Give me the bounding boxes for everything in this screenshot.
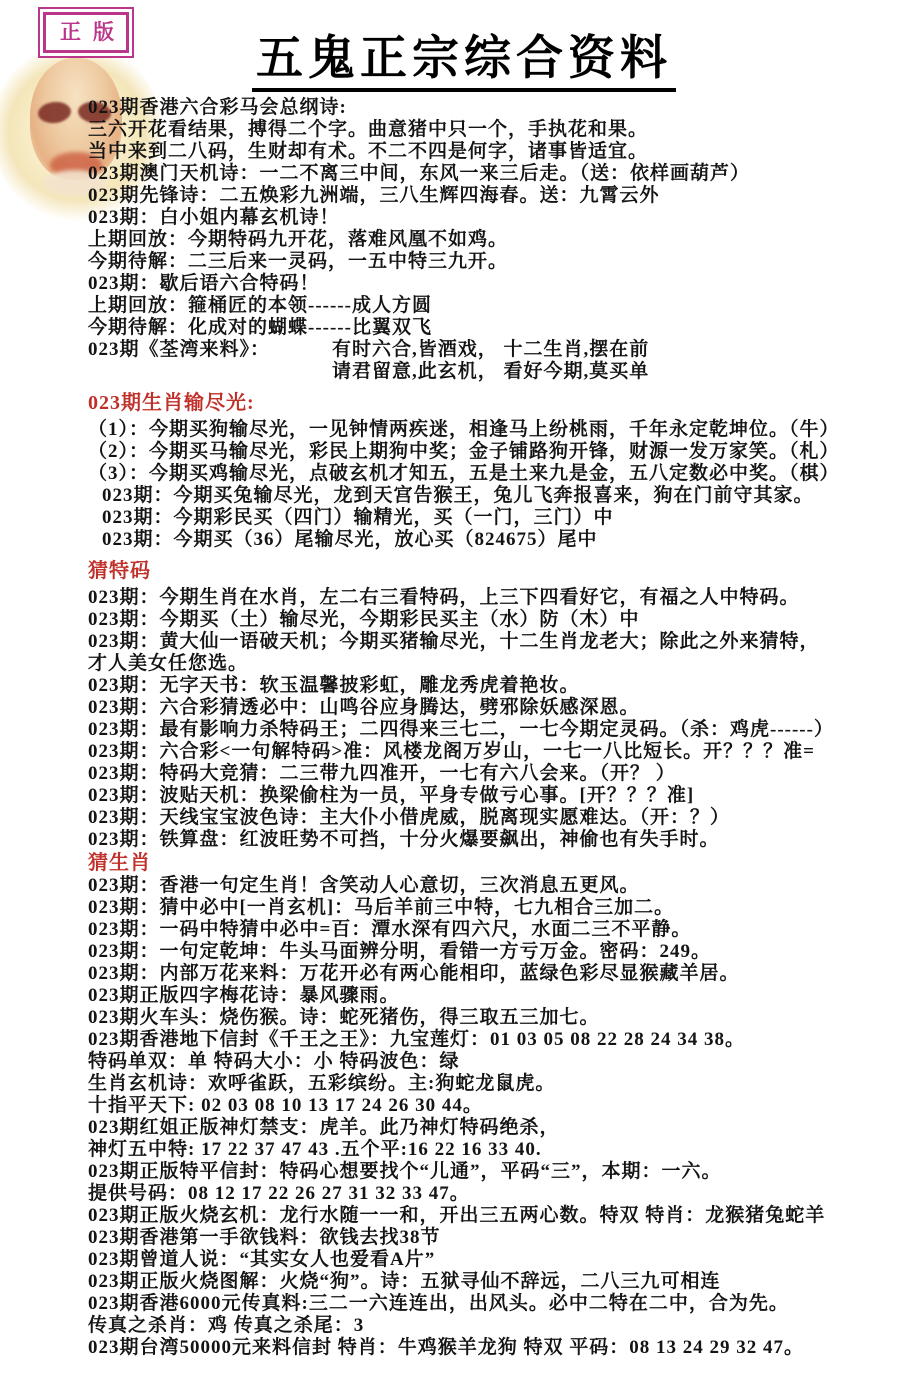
text-line: 023期：今期买兔输尽光，龙到天宫告猴王，兔儿飞奔报喜来，狗在门前守其家。 (88, 485, 896, 507)
text-line: 023期：歇后语六合特码！ (88, 273, 896, 295)
section-intro: 023期香港六合彩马会总纲诗:三六开花看结果，搏得二个字。曲意猪中只一个，手执花… (88, 97, 896, 383)
text-line: 才人美女任您选。 (88, 653, 896, 675)
content: 023期香港六合彩马会总纲诗:三六开花看结果，搏得二个字。曲意猪中只一个，手执花… (88, 97, 896, 1359)
split-line: 023期《荃湾来料》：有时六合,皆酒戏， 十二生肖,摆在前请君留意,此玄机， 看… (88, 339, 896, 383)
text-line: 023期：六合彩猜透必中：山鸣谷应身腾达，劈邪除妖感深恩。 (88, 697, 896, 719)
text-line: 023期：今期彩民买（四门）输精光，买（一门，三门）中 (88, 507, 896, 529)
text-line: 023期：最有影响力杀特码王；二四得来三七二，一七今期定灵码。（杀：鸡虎----… (88, 719, 896, 741)
split-label: 023期《荃湾来料》： (88, 339, 270, 361)
split-right-line: 请君留意,此玄机， 看好今期,莫买单 (332, 361, 649, 383)
section-header: 猜生肖 (88, 852, 896, 874)
split-right: 有时六合,皆酒戏， 十二生肖,摆在前请君留意,此玄机， 看好今期,莫买单 (332, 339, 649, 383)
split-right-line: 有时六合,皆酒戏， 十二生肖,摆在前 (332, 339, 649, 361)
section-cai-shengxiao: 猜生肖023期：香港一句定生肖！含笑动人心意切，三次消息五更风。023期：猜中必… (88, 852, 896, 1359)
text-line: 上期回放：箍桶匠的本领------成人方圆 (88, 295, 896, 317)
text-line: 023期台湾50000元来料信封 特肖：牛鸡猴羊龙狗 特双 平码：08 13 2… (88, 1337, 896, 1359)
text-line: 023期：一句定乾坤：牛头马面辨分明，看错一方亏万金。密码：249。 (88, 941, 896, 963)
text-line: 023期：一码中特猜中必中=百：潭水深有四六尺，水面二三不平静。 (88, 919, 896, 941)
text-line: 023期正版四字梅花诗：暴风骤雨。 (88, 985, 896, 1007)
text-line: 十指平天下: 02 03 08 10 13 17 24 26 30 44。 (88, 1095, 896, 1117)
page-title: 五鬼正宗综合资料 (252, 34, 676, 92)
text-line: 今期待解：化成对的蝴蝶------比翼双飞 (88, 317, 896, 339)
authentic-badge-label: 正版 (43, 12, 129, 53)
text-line: 023期：内部万花来料：万花开必有两心能相印，蓝绿色彩尽显猴藏羊居。 (88, 963, 896, 985)
text-line: 当中来到二八码，生财却有术。不二不四是何字，诸事皆适宜。 (88, 141, 896, 163)
text-line: 023期：今期买（36）尾输尽光，放心买（824675）尾中 (88, 529, 896, 551)
text-line: 023期正版火烧玄机：龙行水随一一和，开出三五两心数。特双 特肖：龙猴猪兔蛇羊 (88, 1205, 896, 1227)
text-line: 023期先锋诗：二五焕彩九洲端，三八生辉四海春。送：九霄云外 (88, 185, 896, 207)
text-line: 023期澳门天机诗：一二不离三中间，东风一来三后走。（送：依样画葫芦） (88, 163, 896, 185)
text-line: 023期曾道人说：“其实女人也爱看A片” (88, 1249, 896, 1271)
text-line: 023期：香港一句定生肖！含笑动人心意切，三次消息五更风。 (88, 875, 896, 897)
text-line: 今期待解：二三后来一灵码，一五中特三九开。 (88, 251, 896, 273)
text-line: 三六开花看结果，搏得二个字。曲意猪中只一个，手执花和果。 (88, 119, 896, 141)
text-line: 023期：今期买（土）输尽光，今期彩民买主（水）防（木）中 (88, 609, 896, 631)
text-line: 023期：六合彩<一句解特码>准：风楼龙阁万岁山，一七一八比短长。开？？？准= (88, 741, 896, 763)
text-line: 023期红姐正版神灯禁支：虎羊。此乃神灯特码绝杀， (88, 1117, 896, 1139)
text-line: 传真之杀肖：鸡 传真之杀尾：3 (88, 1315, 896, 1337)
section-shengxiao-shujinguang: 023期生肖输尽光:（1）：今期买狗输尽光，一见钟情两疾迷，相逢马上纷桃雨，千年… (88, 392, 896, 551)
text-line: 023期：铁算盘：红波旺势不可挡，十分火爆要飙出，神偷也有失手时。 (88, 829, 896, 851)
section-header: 023期生肖输尽光: (88, 392, 896, 414)
text-line: 023期：猜中必中[一肖玄机]：马后羊前三中特，七九相合三加二。 (88, 897, 896, 919)
text-line: 023期：特码大竞猜：二三带九四准开，一七有六八会来。（开？ ） (88, 763, 896, 785)
text-line: 023期：无字天书：软玉温馨披彩虹，雕龙秀虎着艳妆。 (88, 675, 896, 697)
text-line: 神灯五中特: 17 22 37 47 43 .五个平:16 22 16 33 4… (88, 1139, 896, 1161)
text-line: 023期香港6000元传真料:三二一六连连出，出风头。必中二特在二中，合为先。 (88, 1293, 896, 1315)
text-line: 023期正版特平信封：特码心想要找个“儿通”，平码“三”，本期：一六。 (88, 1161, 896, 1183)
text-line: 023期火车头：烧伤猴。诗：蛇死猪伤，得三取五三加七。 (88, 1007, 896, 1029)
text-line: 023期：白小姐内幕玄机诗！ (88, 207, 896, 229)
text-line: 023期香港地下信封《千王之王》：九宝莲灯：01 03 05 08 22 28 … (88, 1029, 896, 1051)
text-line: （1）：今期买狗输尽光，一见钟情两疾迷，相逢马上纷桃雨，千年永定乾坤位。（牛） (88, 419, 896, 441)
text-line: （3）：今期买鸡输尽光，点破玄机才知五，五是土来九是金，五八定数必中奖。（棋） (88, 463, 896, 485)
text-line: 023期香港六合彩马会总纲诗: (88, 97, 896, 119)
text-line: 023期：波贴天机：换梁偷柱为一员，平身专做亏心事。[开？？？准] (88, 785, 896, 807)
section-cai-tema: 猜特码023期：今期生肖在水肖，左二右三看特码，上三下四看好它，有福之人中特码。… (88, 560, 896, 851)
text-line: 生肖玄机诗：欢呼雀跃，五彩缤纷。主:狗蛇龙鼠虎。 (88, 1073, 896, 1095)
authentic-badge: 正版 (38, 7, 134, 58)
text-line: 023期：天线宝宝波色诗：主大仆小借虎威，脱离现实愿难达。（开：？） (88, 807, 896, 829)
text-line: 023期：今期生肖在水肖，左二右三看特码，上三下四看好它，有福之人中特码。 (88, 587, 896, 609)
section-header: 猜特码 (88, 560, 896, 582)
text-line: 提供号码：08 12 17 22 26 27 31 32 33 47。 (88, 1183, 896, 1205)
text-line: 023期香港第一手欲钱料：欲钱去找38节 (88, 1227, 896, 1249)
text-line: 023期正版火烧图解：火烧“狗”。诗：五狱寻仙不辞远，二八三九可相连 (88, 1271, 896, 1293)
text-line: 上期回放：今期特码九开花，落难风凰不如鸡。 (88, 229, 896, 251)
text-line: （2）：今期买马输尽光，彩民上期狗中奖；金子铺路狗开锋，财源一发万家笑。（札） (88, 441, 896, 463)
text-line: 023期：黄大仙一语破天机；今期买猪输尽光，十二生肖龙老大；除此之外来猜特， (88, 631, 896, 653)
text-line: 特码单双：单 特码大小：小 特码波色：绿 (88, 1051, 896, 1073)
